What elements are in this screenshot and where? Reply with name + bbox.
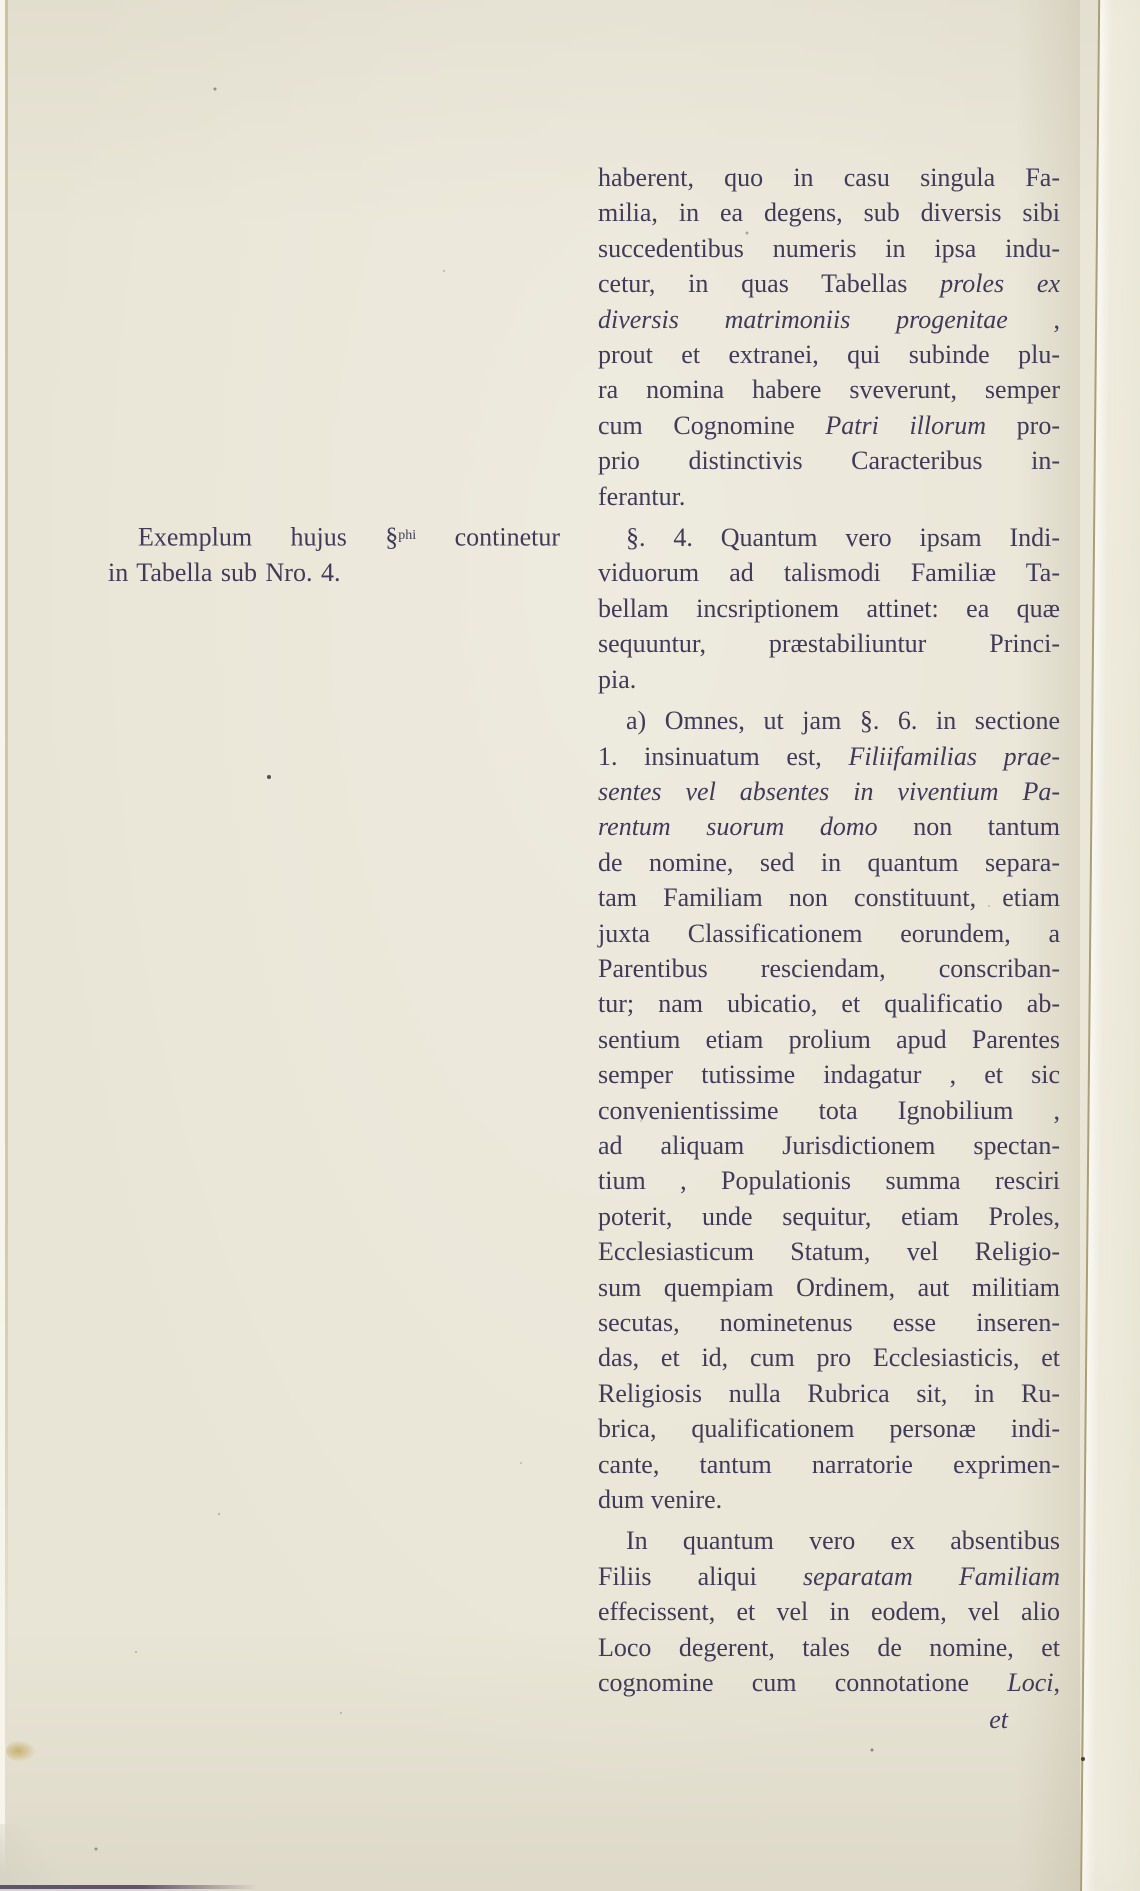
text-segment: Religiosis nulla Rubrica sit, in Ru- (598, 1379, 1060, 1408)
text-line: tur; nam ubicatio, et qualificatio ab- (598, 986, 1060, 1021)
text-line: succedentibus numeris in ipsa indu- (598, 231, 1060, 266)
text-line: Exemplum hujus §phi continetur (108, 518, 560, 555)
text-line: milia, in ea degens, sub diversis sibi (598, 195, 1060, 230)
text-segment: das, et id, cum pro Ecclesiasticis, et (598, 1343, 1060, 1372)
text-line: semper tutissime indagatur , et sic (598, 1057, 1060, 1092)
text-segment: ra nomina habere sveverunt, semper (598, 375, 1060, 404)
text-line: cum Cognomine Patri illorum pro- (598, 408, 1060, 443)
text-segment: haberent, quo in casu singula Fa- (598, 163, 1060, 192)
paper-specks (0, 0, 2, 2)
text-line: rentum suorum domo non tantum (598, 809, 1060, 844)
italic-text: proles ex (940, 269, 1060, 298)
text-line: diversis matrimoniis progenitae , (598, 302, 1060, 337)
italic-text: Patri illorum (825, 411, 986, 440)
text-line: sequuntur, præstabiliuntur Princi- (598, 626, 1060, 661)
text-line: ferantur. (598, 479, 1060, 514)
text-segment: §. 4. Quantum vero ipsam Indi- (626, 523, 1060, 552)
text-segment: de nomine, sed in quantum separa- (598, 848, 1060, 877)
text-segment: Exemplum hujus (138, 522, 385, 551)
text-segment: pia. (598, 665, 636, 694)
text-line: ra nomina habere sveverunt, semper (598, 372, 1060, 407)
text-segment: poterit, unde sequitur, etiam Proles, (598, 1202, 1060, 1231)
text-line: bellam incsriptionem attinet: ea quæ (598, 591, 1060, 626)
text-segment: viduorum ad talismodi Familiæ Ta- (598, 558, 1060, 587)
text-segment: Parentibus resciendam, conscriban- (598, 954, 1060, 983)
text-column: haberent, quo in casu singula Fa-milia, … (598, 160, 1060, 1738)
italic-text: Loci (1007, 1668, 1053, 1697)
text-segment: cum Cognomine (598, 411, 825, 440)
text-segment: effecissent, et vel in eodem, vel alio (598, 1597, 1060, 1626)
text-segment: cante, tantum narratorie exprimen- (598, 1450, 1060, 1479)
text-segment: Filiis aliqui (598, 1562, 803, 1591)
text-segment: 1. insinuatum est, (598, 742, 848, 771)
text-segment: § (385, 522, 398, 551)
text-line: 1. insinuatum est, Filiifamilias prae- (598, 739, 1060, 774)
paragraphs: haberent, quo in casu singula Fa-milia, … (598, 160, 1060, 1700)
text-segment: bellam incsriptionem attinet: ea quæ (598, 594, 1060, 623)
text-line: sum quempiam Ordinem, aut militiam (598, 1270, 1060, 1305)
text-line: ad aliquam Jurisdictionem spectan- (598, 1128, 1060, 1163)
text-segment: convenientissime tota Ignobilium , (598, 1096, 1060, 1125)
text-line: cante, tantum narratorie exprimen- (598, 1447, 1060, 1482)
text-segment: sequuntur, præstabiliuntur Princi- (598, 629, 1060, 658)
text-line: sentes vel absentes in viventium Pa- (598, 774, 1060, 809)
bottom-left-corner (0, 1824, 120, 1891)
text-line: Parentibus resciendam, conscriban- (598, 951, 1060, 986)
text-segment: pro- (986, 411, 1060, 440)
text-segment: semper tutissime indagatur , et sic (598, 1060, 1060, 1089)
text-segment: juxta Classificationem eorundem, a (598, 919, 1060, 948)
text-segment: In quantum vero ex absentibus (626, 1526, 1060, 1555)
text-segment: in Tabella sub Nro. 4. (108, 558, 340, 587)
text-line: Religiosis nulla Rubrica sit, in Ru- (598, 1376, 1060, 1411)
text-segment: ad aliquam Jurisdictionem spectan- (598, 1131, 1060, 1160)
text-line: haberent, quo in casu singula Fa- (598, 160, 1060, 195)
text-line: secutas, nominetenus esse inseren- (598, 1305, 1060, 1340)
text-segment: , (1008, 305, 1060, 334)
italic-text: rentum suorum domo (598, 812, 878, 841)
text-segment: a) Omnes, ut jam §. 6. in sectione (626, 706, 1060, 735)
text-segment: ferantur. (598, 482, 685, 511)
text-line: sentium etiam prolium apud Parentes (598, 1022, 1060, 1057)
text-segment: succedentibus numeris in ipsa indu- (598, 234, 1060, 263)
margin-note: Exemplum hujus §phi contineturin Tabella… (108, 518, 560, 590)
text-line: prout et extranei, qui subinde plu- (598, 337, 1060, 372)
text-segment: prout et extranei, qui subinde plu- (598, 340, 1060, 369)
text-segment: sum quempiam Ordinem, aut militiam (598, 1273, 1060, 1302)
text-line: a) Omnes, ut jam §. 6. in sectione (598, 703, 1060, 738)
text-segment: , (1054, 1668, 1061, 1697)
text-line: Ecclesiasticum Statum, vel Religio- (598, 1234, 1060, 1269)
bottom-edge-shadow (0, 1885, 258, 1889)
text-line: brica, qualificationem personæ indi- (598, 1411, 1060, 1446)
text-segment: prio distinctivis Caracteribus in- (598, 446, 1060, 475)
text-line: cetur, in quas Tabellas proles ex (598, 266, 1060, 301)
text-line: convenientissime tota Ignobilium , (598, 1093, 1060, 1128)
scanned-page: Exemplum hujus §phi contineturin Tabella… (0, 0, 1140, 1891)
superscript: phi (398, 528, 416, 543)
text-segment: tam Familiam non constituunt, etiam (598, 883, 1060, 912)
text-segment: cetur, in quas Tabellas (598, 269, 940, 298)
text-line: prio distinctivis Caracteribus in- (598, 443, 1060, 478)
paragraph: haberent, quo in casu singula Fa-milia, … (598, 160, 1060, 514)
text-segment: non tantum (878, 812, 1060, 841)
text-line: Filiis aliqui separatam Familiam (598, 1559, 1060, 1594)
text-segment: sentium etiam prolium apud Parentes (598, 1025, 1060, 1054)
italic-text: diversis matrimoniis progenitae (598, 305, 1008, 334)
text-line: §. 4. Quantum vero ipsam Indi- (598, 520, 1060, 555)
text-line: juxta Classificationem eorundem, a (598, 916, 1060, 951)
paper-stain (6, 1740, 36, 1762)
page-left-fold-line (5, 0, 8, 1740)
italic-text: Filiifamilias prae- (848, 742, 1060, 771)
text-segment: Loco degerent, tales de nomine, et (598, 1633, 1060, 1662)
text-segment: milia, in ea degens, sub diversis sibi (598, 198, 1060, 227)
text-segment: continetur (416, 522, 560, 551)
text-line: pia. (598, 662, 1060, 697)
text-line: Loco degerent, tales de nomine, et (598, 1630, 1060, 1665)
text-line: in Tabella sub Nro. 4. (108, 555, 560, 590)
text-line: viduorum ad talismodi Familiæ Ta- (598, 555, 1060, 590)
text-segment: brica, qualificationem personæ indi- (598, 1414, 1060, 1443)
italic-text: separatam Familiam (803, 1562, 1060, 1591)
text-segment: Ecclesiasticum Statum, vel Religio- (598, 1237, 1060, 1266)
italic-text: sentes vel absentes in viventium Pa- (598, 777, 1060, 806)
text-segment: cognomine cum connotatione (598, 1668, 1007, 1697)
adjacent-page-edge (1080, 0, 1140, 1891)
paragraph: In quantum vero ex absentibusFiliis aliq… (598, 1523, 1060, 1700)
text-line: das, et id, cum pro Ecclesiasticis, et (598, 1340, 1060, 1375)
text-line: cognomine cum connotatione Loci, (598, 1665, 1060, 1700)
text-segment: secutas, nominetenus esse inseren- (598, 1308, 1060, 1337)
paragraph: a) Omnes, ut jam §. 6. in sectione1. ins… (598, 703, 1060, 1517)
text-segment: tium , Populationis summa resciri (598, 1166, 1060, 1195)
catchword: et (598, 1702, 1060, 1737)
text-line: In quantum vero ex absentibus (598, 1523, 1060, 1558)
text-segment: tur; nam ubicatio, et qualificatio ab- (598, 989, 1060, 1018)
text-line: dum venire. (598, 1482, 1060, 1517)
paragraph: §. 4. Quantum vero ipsam Indi-viduorum a… (598, 520, 1060, 697)
text-segment: dum venire. (598, 1485, 722, 1514)
text-line: poterit, unde sequitur, etiam Proles, (598, 1199, 1060, 1234)
text-line: tium , Populationis summa resciri (598, 1163, 1060, 1198)
text-line: effecissent, et vel in eodem, vel alio (598, 1594, 1060, 1629)
text-line: de nomine, sed in quantum separa- (598, 845, 1060, 880)
text-line: tam Familiam non constituunt, etiam (598, 880, 1060, 915)
